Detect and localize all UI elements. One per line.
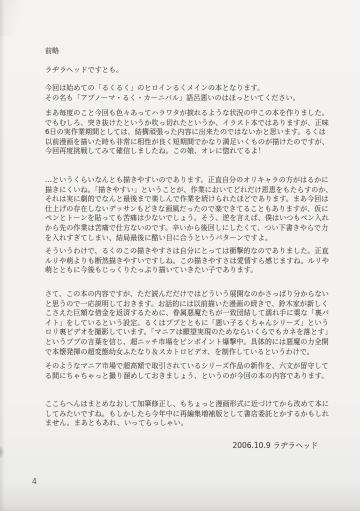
paragraph-closing: ここらへんはまとめなおして加筆修正し、もちょっと漫画形式に近づけてから改めて本に… [45,400,337,429]
page-number: 4 [32,477,37,486]
paragraph-market: そのようなマニア市場で超高額で取引されているシリーズ作品の新作を、六文が留守して… [45,362,337,381]
paragraph-story-explanation: さて、この本の内容ですが、ただ読んだだけではどういう展開なのかさっぱり分からない… [45,290,337,357]
paragraph-intro: 今回は始めての「るくるく」のヒロインるくメインの本となります。 その名も「アブノ… [45,84,337,103]
letter-opening: 前略 [45,47,337,57]
paper-crease [0,0,54,39]
author-greeting: ラヂラヘッドですとも。 [45,66,337,76]
scan-edge-spot [0,445,5,459]
paragraph-character-love: そういうわけで、るくのこの描きやすさは自分にとっては衝撃的なのでありました。正直… [45,247,337,276]
scan-edge-shadow [0,0,5,511]
date-and-author-signature: 2006.10.9 ラヂラヘッド [232,440,318,451]
paragraph-drawing-ease: …というくらいなんとも描きやすいのであります。正直自分のオリキャラの方がはるかに… [45,176,337,243]
paragraph-making-of: まあ毎度のこと今回も色々あってハラワタが捩れるような状況の中この本を作りました。… [45,109,337,157]
scanned-afterword-page: 前略 ラヂラヘッドですとも。 今回は始めての「るくるく」のヒロインるくメインの本… [0,0,360,511]
